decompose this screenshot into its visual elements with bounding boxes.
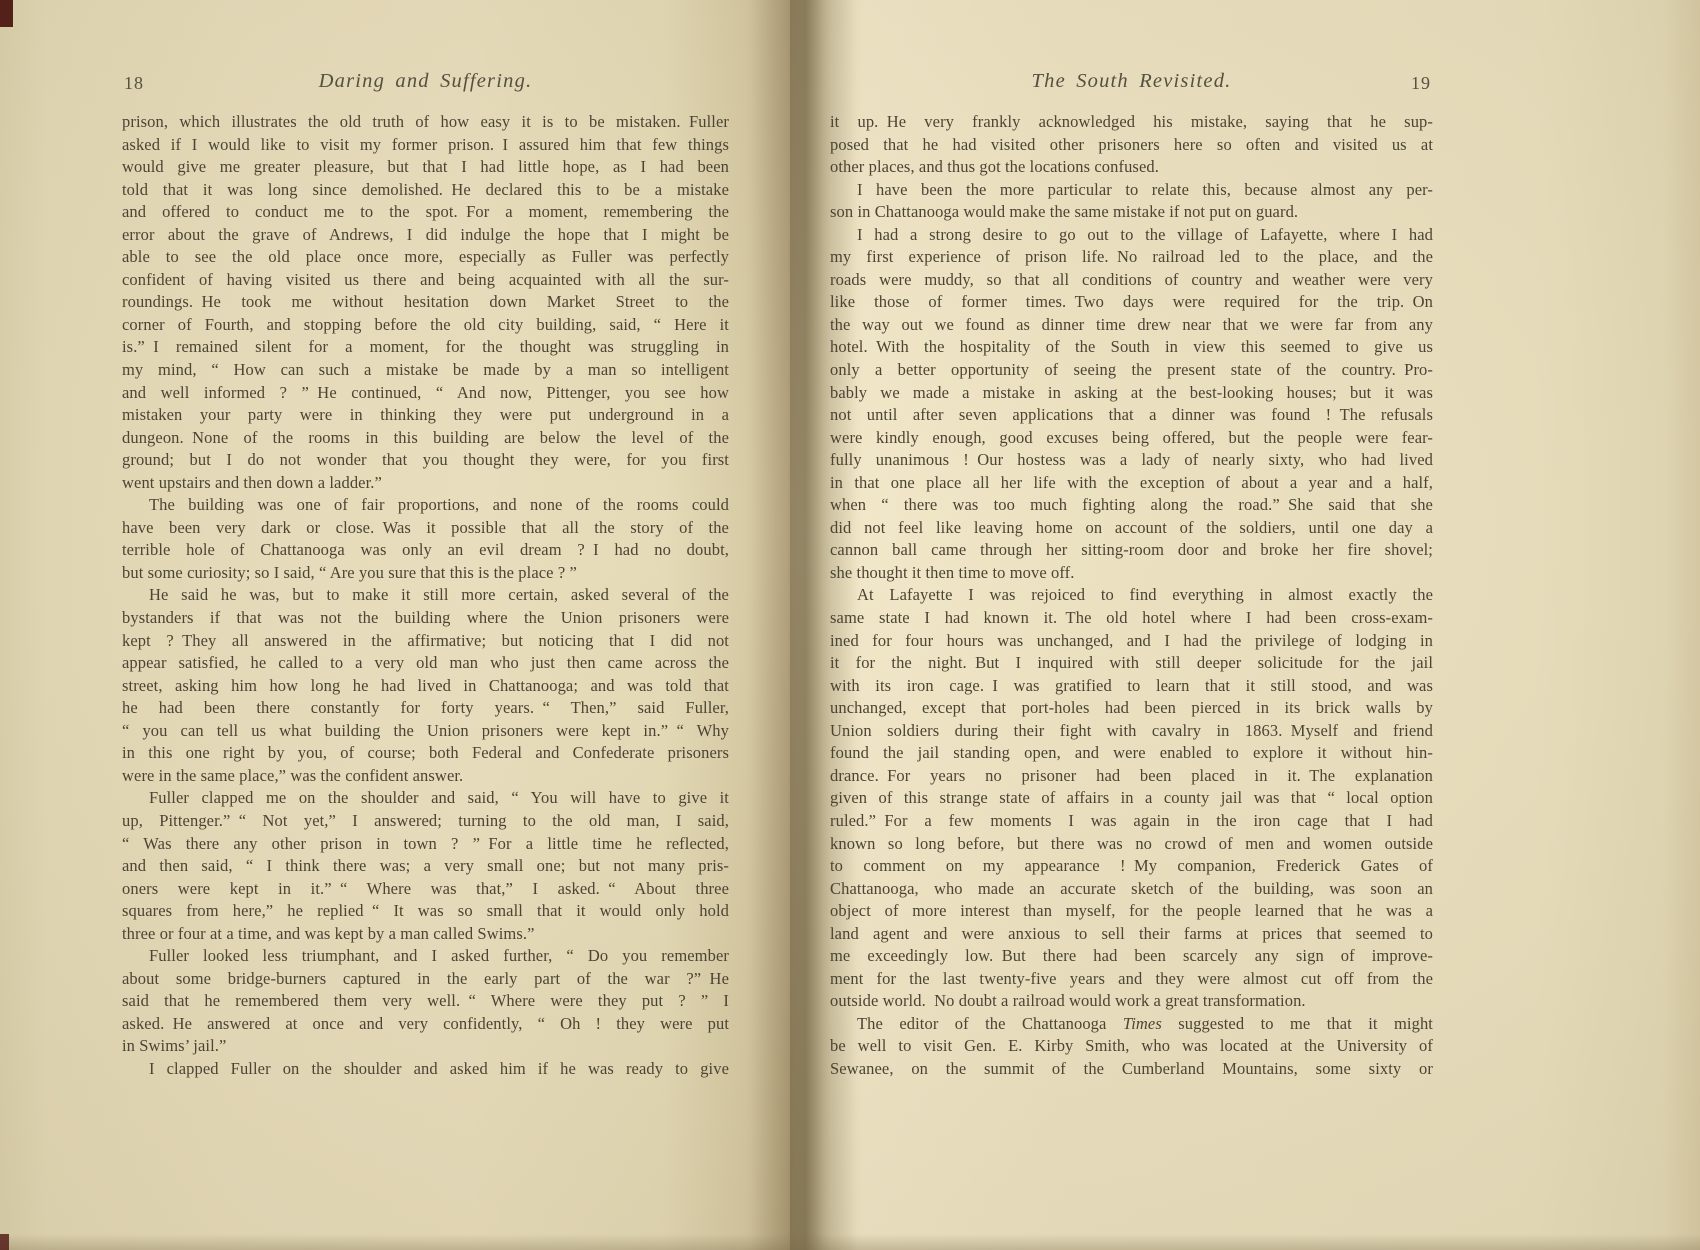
text-line: found the jail standing open, and were e…	[830, 742, 1433, 765]
text-line: were in the same place,” was the confide…	[122, 765, 729, 788]
text-line: and offered to conduct me to the spot. F…	[122, 201, 729, 224]
text-line: drance. For years no prisoner had been p…	[830, 765, 1433, 788]
text-line: The editor of the Chattanooga Times sugg…	[830, 1013, 1433, 1036]
text-segment: suggested to me that it might	[1162, 1014, 1433, 1033]
text-line: known so long before, but there was no c…	[830, 833, 1433, 856]
text-line: prison, which illustrates the old truth …	[122, 111, 729, 134]
text-line: land agent and were anxious to sell thei…	[830, 923, 1433, 946]
text-line: son in Chattanooga would make the same m…	[830, 201, 1433, 224]
text-line: have been very dark or close. Was it pos…	[122, 517, 729, 540]
text-line: object of more interest than myself, for…	[830, 900, 1433, 923]
text-line: and then said, “ I think there was; a ve…	[122, 855, 729, 878]
text-line: Fuller clapped me on the shoulder and sa…	[122, 787, 729, 810]
text-line: Sewanee, on the summit of the Cumberland…	[830, 1058, 1433, 1081]
text-line: kept ? They all answered in the affirmat…	[122, 630, 729, 653]
text-line: unchanged, except that port-holes had be…	[830, 697, 1433, 720]
cover-edge-top-left	[0, 0, 13, 27]
text-line: confident of having visited us there and…	[122, 269, 729, 292]
text-line: three or four at a time, and was kept by…	[122, 923, 729, 946]
text-line: street, asking him how long he had lived…	[122, 675, 729, 698]
text-line: in Swims’ jail.”	[122, 1035, 729, 1058]
text-line: “ Was there any other prison in town ? ”…	[122, 833, 729, 856]
text-line: Fuller looked less triumphant, and I ask…	[122, 945, 729, 968]
book-spread: 18 Daring and Suffering. The South Revis…	[0, 0, 1700, 1250]
text-line: able to see the old place once more, esp…	[122, 246, 729, 269]
text-line: ground; but I do not wonder that you tho…	[122, 449, 729, 472]
text-line: Union soldiers during their fight with c…	[830, 720, 1433, 743]
text-line: when “ there was too much fighting along…	[830, 494, 1433, 517]
text-line: roundings. He took me without hesitation…	[122, 291, 729, 314]
text-line: At Lafayette I was rejoiced to find ever…	[830, 584, 1433, 607]
text-line: and well informed ? ” He continued, “ An…	[122, 382, 729, 405]
text-line: bably we made a mistake in asking at the…	[830, 382, 1433, 405]
text-line: “ you can tell us what building the Unio…	[122, 720, 729, 743]
text-line: bystanders if that was not the building …	[122, 607, 729, 630]
page-bottom-edge	[0, 1234, 1700, 1250]
text-line: said that he remembered them very well. …	[122, 990, 729, 1013]
text-line: he had been there constantly for forty y…	[122, 697, 729, 720]
text-line: my mind, “ How can such a mistake be mad…	[122, 359, 729, 382]
text-line: not until after seven applications that …	[830, 404, 1433, 427]
left-running-head: Daring and Suffering.	[122, 70, 729, 93]
text-line: my first experience of prison life. No r…	[830, 246, 1433, 269]
right-page-body: it up. He very frankly acknowledged his …	[830, 111, 1433, 1081]
text-line: be well to visit Gen. E. Kirby Smith, wh…	[830, 1035, 1433, 1058]
text-line: squares from here,” he replied “ It was …	[122, 900, 729, 923]
text-line: did not feel like leaving home on accoun…	[830, 517, 1433, 540]
text-line: the way out we found as dinner time drew…	[830, 314, 1433, 337]
text-line: it for the night. But I inquired with st…	[830, 652, 1433, 675]
text-line: would give me greater pleasure, but that…	[122, 156, 729, 179]
text-line: ment for the last twenty-five years and …	[830, 968, 1433, 991]
text-line: in this one right by you, of course; bot…	[122, 742, 729, 765]
text-line: with its iron cage. I was gratified to l…	[830, 675, 1433, 698]
text-line: roads were muddy, so that all conditions…	[830, 269, 1433, 292]
text-line: it up. He very frankly acknowledged his …	[830, 111, 1433, 134]
text-line: He said he was, but to make it still mor…	[122, 584, 729, 607]
text-line: asked if I would like to visit my former…	[122, 134, 729, 157]
text-line: asked. He answered at once and very conf…	[122, 1013, 729, 1036]
text-line: to comment on my appearance ! My compani…	[830, 855, 1433, 878]
left-page-body: prison, which illustrates the old truth …	[122, 111, 729, 1081]
text-segment: The editor of the Chattanooga	[857, 1014, 1123, 1033]
text-line: is.” I remained silent for a moment, for…	[122, 336, 729, 359]
text-line: but some curiosity; so I said, “ Are you…	[122, 562, 729, 585]
text-line: The building was one of fair proportions…	[122, 494, 729, 517]
text-line: error about the grave of Andrews, I did …	[122, 224, 729, 247]
text-line: in that one place all her life with the …	[830, 472, 1433, 495]
text-line: cannon ball came through her sitting-roo…	[830, 539, 1433, 562]
text-line: I clapped Fuller on the shoulder and ask…	[122, 1058, 729, 1081]
text-line: hotel. With the hospitality of the South…	[830, 336, 1433, 359]
text-line: oners were kept in it.” “ Where was that…	[122, 878, 729, 901]
text-line: mistaken your party were in thinking the…	[122, 404, 729, 427]
cover-edge-bottom-left	[0, 1234, 9, 1250]
text-line: given of this strange state of affairs i…	[830, 787, 1433, 810]
text-line: told that it was long since demolished. …	[122, 179, 729, 202]
text-line: dungeon. None of the rooms in this build…	[122, 427, 729, 450]
text-line: appear satisfied, he called to a very ol…	[122, 652, 729, 675]
text-line: only a better opportunity of seeing the …	[830, 359, 1433, 382]
text-line: outside world. No doubt a railroad would…	[830, 990, 1433, 1013]
text-line: corner of Fourth, and stopping before th…	[122, 314, 729, 337]
text-line: other places, and thus got the locations…	[830, 156, 1433, 179]
text-line: I have been the more particular to relat…	[830, 179, 1433, 202]
italic-text: Times	[1123, 1014, 1162, 1033]
text-line: fully unanimous ! Our hostess was a lady…	[830, 449, 1433, 472]
text-line: about some bridge-burners captured in th…	[122, 968, 729, 991]
text-line: up, Pittenger.” “ Not yet,” I answered; …	[122, 810, 729, 833]
text-line: posed that he had visited other prisoner…	[830, 134, 1433, 157]
right-page-number: 19	[830, 73, 1431, 94]
text-line: went upstairs and then down a ladder.”	[122, 472, 729, 495]
text-line: she thought it then time to move off.	[830, 562, 1433, 585]
text-line: I had a strong desire to go out to the v…	[830, 224, 1433, 247]
text-line: Chattanooga, who made an accurate sketch…	[830, 878, 1433, 901]
text-line: were kindly enough, good excuses being o…	[830, 427, 1433, 450]
text-line: me exceedingly low. But there had been s…	[830, 945, 1433, 968]
text-line: ruled.” For a few moments I was again in…	[830, 810, 1433, 833]
text-line: like those of former times. Two days wer…	[830, 291, 1433, 314]
text-line: same state I had known it. The old hotel…	[830, 607, 1433, 630]
text-line: ined for four hours was unchanged, and I…	[830, 630, 1433, 653]
text-line: terrible hole of Chattanooga was only an…	[122, 539, 729, 562]
